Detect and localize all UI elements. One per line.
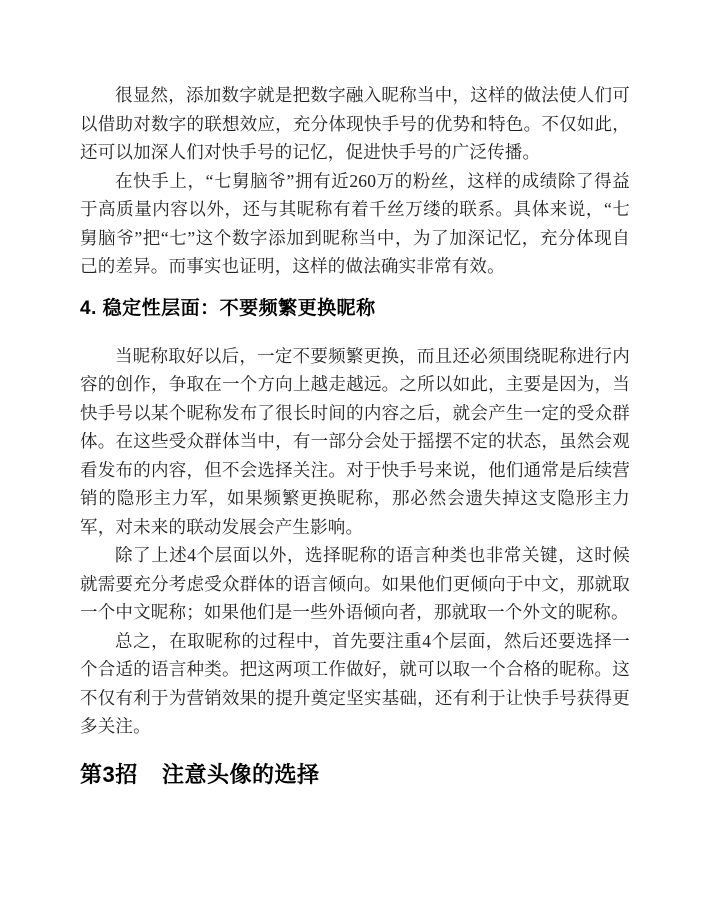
page-content: 很显然，添加数字就是把数字融入昵称当中，这样的做法使人们可以借助对数字的联想效应… — [0, 0, 710, 789]
chapter-number: 第3招 — [80, 762, 138, 787]
chapter-heading: 第3招注意头像的选择 — [80, 761, 630, 789]
section-heading: 4. 稳定性层面：不要频繁更换昵称 — [80, 297, 630, 321]
body-paragraph: 除了上述4个层面以外，选择昵称的语言种类也非常关键，这时候就需要充分考虑受众群体… — [80, 541, 630, 627]
book-page: 很显然，添加数字就是把数字融入昵称当中，这样的做法使人们可以借助对数字的联想效应… — [0, 0, 710, 919]
body-paragraph: 在快手上，“七舅脑爷”拥有近260万的粉丝，这样的成绩除了得益于高质量内容以外，… — [80, 167, 630, 281]
chapter-title: 注意头像的选择 — [162, 762, 320, 787]
body-paragraph: 当昵称取好以后，一定不要频繁更换，而且还必须围绕昵称进行内容的创作，争取在一个方… — [80, 342, 630, 542]
body-paragraph: 很显然，添加数字就是把数字融入昵称当中，这样的做法使人们可以借助对数字的联想效应… — [80, 81, 630, 167]
body-paragraph: 总之，在取昵称的过程中，首先要注重4个层面，然后还要选择一个合适的语言种类。把这… — [80, 627, 630, 741]
